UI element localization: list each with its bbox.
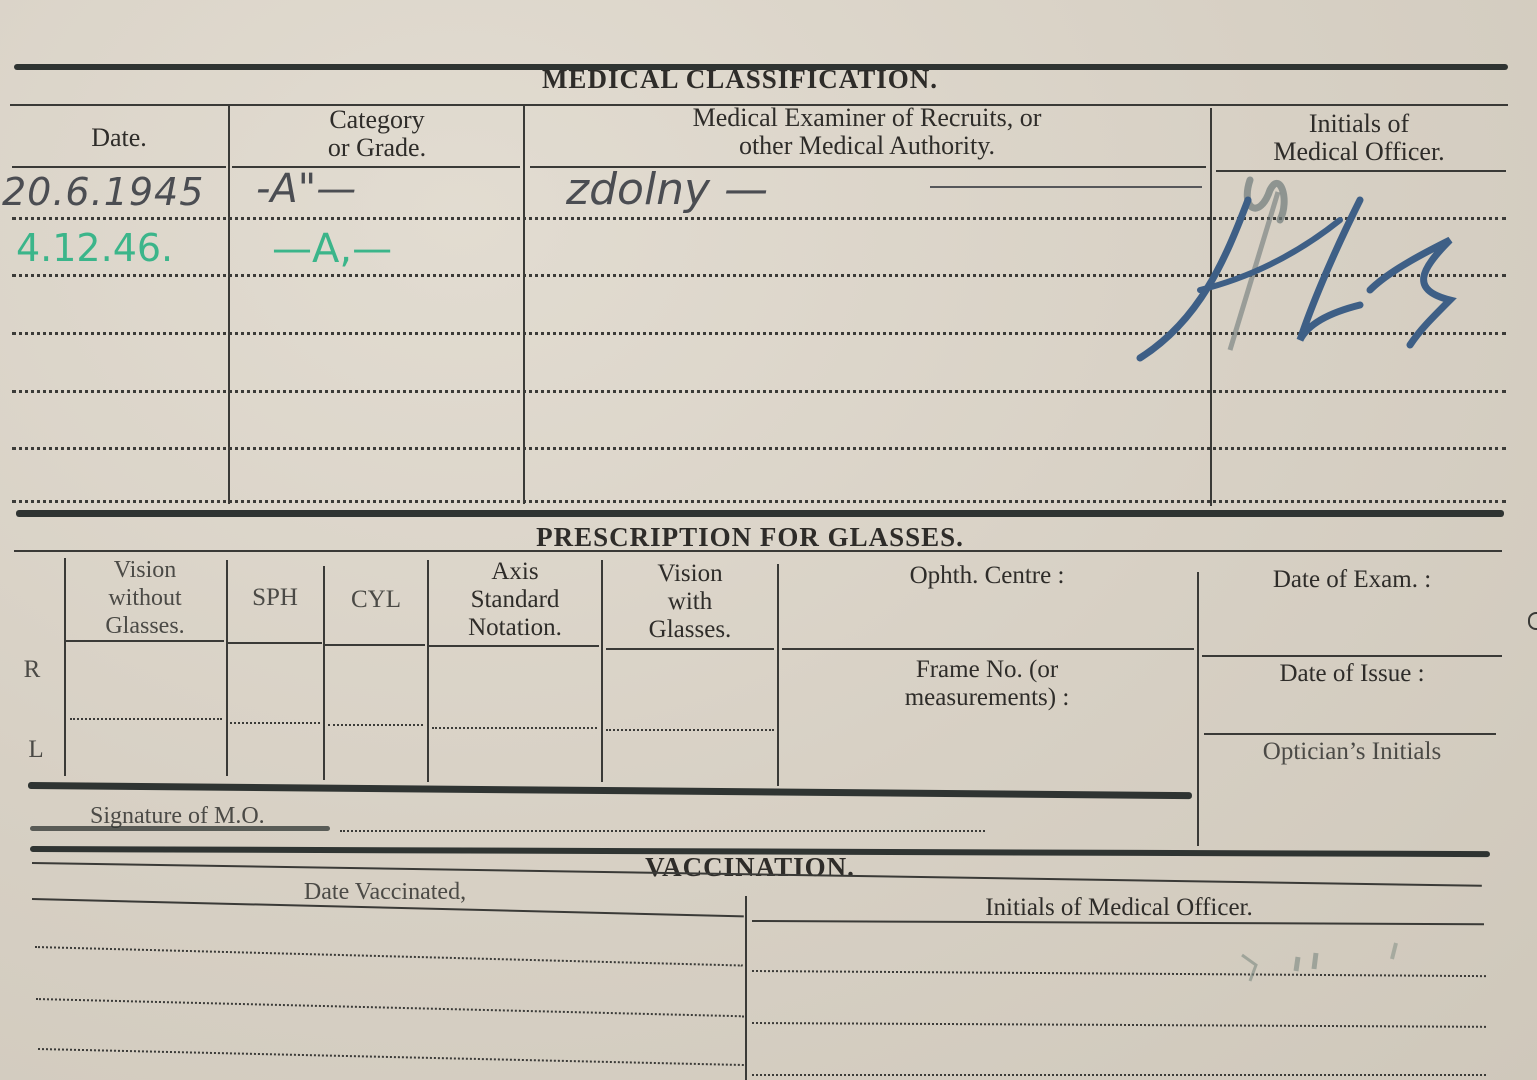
r-vision-without-field[interactable] — [68, 648, 224, 714]
header-bottom-rule — [325, 644, 425, 646]
row1-date-field[interactable]: 20.6.1945 — [2, 170, 204, 214]
header-bottom-rule — [66, 640, 224, 642]
right-eye-label: R — [20, 656, 44, 684]
date-of-exam-field[interactable] — [1202, 598, 1498, 650]
col-header-sph: SPH — [228, 584, 322, 612]
col-divider — [523, 106, 525, 504]
signature-underline — [30, 826, 330, 831]
prescription-title: PRESCRIPTION FOR GLASSES. — [400, 522, 1100, 553]
r-axis-field[interactable] — [432, 650, 598, 720]
l-cyl-field[interactable] — [328, 728, 424, 782]
ink-smudge-icon — [1236, 935, 1416, 985]
l-vision-without-field[interactable] — [68, 722, 224, 776]
vaccination-date-field-2[interactable] — [36, 964, 742, 1004]
header-bottom-rule — [228, 642, 322, 644]
col-divider — [228, 106, 230, 504]
l-axis-field[interactable] — [432, 730, 598, 784]
eye-row-rule — [432, 727, 597, 729]
issue-divider — [1204, 733, 1496, 735]
col-divider — [777, 564, 779, 786]
vaccination-initials-field-3[interactable] — [752, 1030, 1484, 1074]
l-sph-field[interactable] — [230, 726, 320, 780]
vaccination-row-rule — [752, 1074, 1486, 1076]
medical-classification-title: MEDICAL CLASSIFICATION. — [400, 64, 1080, 95]
header-bottom-rule — [429, 645, 599, 647]
col-header-vision-without: Vision without Glasses. — [66, 556, 224, 640]
row-rule — [12, 447, 1506, 450]
medical-officer-signature-icon — [1130, 140, 1490, 380]
signature-dotted-line — [340, 830, 985, 832]
date-of-issue-field[interactable] — [1202, 690, 1498, 730]
eye-row-rule — [328, 724, 423, 726]
col-header-cyl: CYL — [325, 586, 427, 614]
frame-no-field[interactable] — [782, 716, 1192, 786]
col-header-vision-with: Vision with Glasses. — [603, 560, 777, 644]
r-cyl-field[interactable] — [328, 648, 424, 714]
left-eye-label: L — [24, 736, 48, 764]
prescription-header-rule — [14, 550, 1502, 552]
eye-row-rule — [606, 729, 774, 731]
row1-category-field[interactable]: -A"— — [256, 166, 356, 212]
eye-row-rule — [70, 718, 222, 720]
vaccination-date-field-1[interactable] — [36, 912, 742, 952]
opticians-initials-label: Optician’s Initials — [1202, 738, 1502, 766]
header-bottom-rule — [606, 648, 774, 650]
vaccination-date-field-3[interactable] — [36, 1016, 742, 1056]
signature-mo-field[interactable] — [340, 800, 985, 830]
header-bottom-rule — [12, 166, 226, 168]
col-header-category: Category or Grade. — [232, 106, 522, 162]
margin-mark-icon — [1528, 612, 1537, 630]
frame-no-label: Frame No. (or measurements) : — [782, 656, 1192, 712]
col-header-date: Date. — [14, 124, 224, 152]
date-of-issue-label: Date of Issue : — [1202, 660, 1502, 688]
col-header-examiner: Medical Examiner of Recruits, or other M… — [527, 104, 1207, 160]
row2-category-field[interactable]: —A,— — [272, 226, 392, 272]
ophth-divider — [782, 648, 1194, 650]
row2-date-field[interactable]: 4.12.46. — [16, 226, 173, 270]
ophth-centre-label: Ophth. Centre : — [782, 562, 1192, 590]
ophth-centre-field[interactable] — [782, 594, 1192, 644]
exam-divider — [1202, 655, 1502, 657]
col-divider — [745, 896, 747, 1080]
row-rule — [12, 500, 1506, 503]
col-divider — [1197, 572, 1199, 846]
l-vision-with-field[interactable] — [606, 732, 774, 786]
eye-row-rule — [230, 722, 320, 724]
date-of-exam-label: Date of Exam. : — [1202, 566, 1502, 594]
col-header-axis: Axis Standard Notation. — [429, 558, 601, 642]
row-rule — [12, 390, 1506, 393]
prescription-thick-rule — [16, 510, 1504, 517]
opticians-initials-field[interactable] — [1202, 770, 1498, 842]
vaccination-initials-label: Initials of Medical Officer. — [752, 894, 1486, 922]
r-sph-field[interactable] — [230, 648, 320, 714]
r-vision-with-field[interactable] — [606, 652, 774, 722]
vaccination-row-rule — [752, 1022, 1486, 1028]
row1-examiner-field[interactable]: zdolny — — [566, 164, 768, 215]
